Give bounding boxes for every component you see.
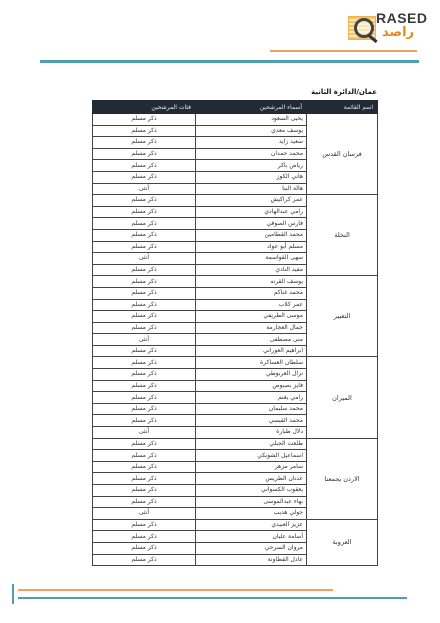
document-title: عمان/الدائرة الثانية [311, 88, 377, 96]
candidate-name-cell: فايز بصبوص [196, 380, 307, 392]
candidate-category-cell: ذكر مسلم [93, 148, 196, 160]
candidate-name-cell: يوسف معدي [196, 125, 307, 137]
candidate-category-cell: ذكر مسلم [93, 125, 196, 137]
candidate-name-cell: محمد القطامين [196, 229, 307, 241]
candidate-category-cell: ذكر مسلم [93, 345, 196, 357]
candidate-name-cell: عدنان الطريس [196, 473, 307, 485]
footer-orange-rule [18, 589, 333, 591]
table-row: العروبةعزيز العبيديذكر مسلم [93, 519, 378, 531]
candidate-category-cell: أنثى [93, 183, 196, 195]
candidate-category-cell: ذكر مسلم [93, 137, 196, 149]
candidate-name-cell: مفيد النادي [196, 264, 307, 276]
candidate-name-cell: محمد سليمان [196, 403, 307, 415]
candidate-name-cell: هالة البنا [196, 183, 307, 195]
table-row: التغييريوسف القرنهذكر مسلم [93, 276, 378, 288]
table-header-row: اسم القائمة أسماء المرشحين فئات المرشحين [93, 101, 378, 114]
candidate-category-cell: ذكر مسلم [93, 392, 196, 404]
candidate-name-cell: أسامة عليان [196, 531, 307, 543]
candidate-name-cell: بهاء عبدالموسى [196, 496, 307, 508]
candidate-category-cell: ذكر مسلم [93, 171, 196, 183]
candidate-category-cell: ذكر مسلم [93, 380, 196, 392]
candidate-name-cell: سعيد زايد [196, 137, 307, 149]
candidate-name-cell: محمد غناكم [196, 287, 307, 299]
table-row: فرسان القدسيحيى السعودذكر مسلم [93, 114, 378, 126]
candidate-category-cell: ذكر مسلم [93, 322, 196, 334]
table-row: النخلةعمر كراكيشذكر مسلم [93, 195, 378, 207]
rased-logo: RASED راصد [348, 10, 428, 44]
candidate-name-cell: عمر كلاب [196, 299, 307, 311]
candidate-name-cell: جمال العجارمة [196, 322, 307, 334]
candidate-category-cell: ذكر مسلم [93, 438, 196, 450]
header-names: أسماء المرشحين [196, 101, 307, 114]
candidate-name-cell: منى مصطفى [196, 334, 307, 346]
candidate-category-cell: ذكر مسلم [93, 195, 196, 207]
table-row: الميزانسلطان العساكرةذكر مسلم [93, 357, 378, 369]
header-categories: فئات المرشحين [93, 101, 196, 114]
list-name-cell: النخلة [307, 195, 378, 276]
candidate-category-cell: أنثى [93, 253, 196, 265]
candidate-name-cell: فارس الصوفي [196, 218, 307, 230]
candidate-name-cell: موسى الطريفي [196, 311, 307, 323]
candidate-name-cell: يوسف القرنه [196, 276, 307, 288]
candidate-name-cell: عزيز العبيدي [196, 519, 307, 531]
candidate-category-cell: ذكر مسلم [93, 276, 196, 288]
header-list: اسم القائمة [307, 101, 378, 114]
candidate-category-cell: ذكر مسلم [93, 519, 196, 531]
candidate-name-cell: ابراهيم العوراني [196, 345, 307, 357]
list-name-cell: الاردن يجمعنا [307, 438, 378, 519]
candidate-name-cell: مسلم أبو عواد [196, 241, 307, 253]
list-name-cell: التغيير [307, 276, 378, 357]
candidate-category-cell: ذكر مسلم [93, 218, 196, 230]
candidate-name-cell: سهى القواسمة [196, 253, 307, 265]
table-body: فرسان القدسيحيى السعودذكر مسلميوسف معديذ… [93, 114, 378, 566]
header-blue-rule [40, 60, 419, 63]
candidate-name-cell: نزال العربوطي [196, 369, 307, 381]
footer-vertical-rule [12, 584, 14, 604]
list-name-cell: العروبة [307, 519, 378, 565]
table-row: الاردن يجمعناطلعت الجبليذكر مسلم [93, 438, 378, 450]
candidates-table: اسم القائمة أسماء المرشحين فئات المرشحين… [92, 100, 378, 566]
candidate-category-cell: ذكر مسلم [93, 485, 196, 497]
candidate-category-cell: ذكر مسلم [93, 311, 196, 323]
candidate-category-cell: ذكر مسلم [93, 114, 196, 126]
candidate-category-cell: ذكر مسلم [93, 450, 196, 462]
candidate-name-cell: عادل القطاونة [196, 554, 307, 566]
candidate-name-cell: اسماعيل الشوبكي [196, 450, 307, 462]
candidate-category-cell: ذكر مسلم [93, 299, 196, 311]
candidate-name-cell: يعقوب الكسواني [196, 485, 307, 497]
candidate-name-cell: عمر كراكيش [196, 195, 307, 207]
candidate-name-cell: رامي عبدالهادي [196, 206, 307, 218]
logo-text-ar: راصد [382, 25, 414, 40]
candidate-category-cell: ذكر مسلم [93, 415, 196, 427]
candidate-name-cell: سلطان العساكرة [196, 357, 307, 369]
candidate-category-cell: أنثى [93, 508, 196, 520]
candidate-category-cell: ذكر مسلم [93, 229, 196, 241]
candidate-category-cell: ذكر مسلم [93, 461, 196, 473]
candidate-category-cell: ذكر مسلم [93, 554, 196, 566]
candidate-category-cell: ذكر مسلم [93, 287, 196, 299]
logo-text-en: RASED [376, 10, 428, 26]
candidate-name-cell: دلال طبارة [196, 427, 307, 439]
header-orange-rule [270, 50, 417, 52]
candidate-name-cell: رياض باكر [196, 160, 307, 172]
candidate-name-cell: محمد حمدان [196, 148, 307, 160]
candidate-name-cell: هاني الكوز [196, 171, 307, 183]
candidate-category-cell: ذكر مسلم [93, 160, 196, 172]
list-name-cell: فرسان القدس [307, 114, 378, 195]
footer-blue-rule [18, 597, 407, 599]
list-name-cell: الميزان [307, 357, 378, 438]
candidate-category-cell: ذكر مسلم [93, 542, 196, 554]
candidate-category-cell: ذكر مسلم [93, 496, 196, 508]
candidate-category-cell: ذكر مسلم [93, 357, 196, 369]
candidate-category-cell: ذكر مسلم [93, 241, 196, 253]
candidate-category-cell: ذكر مسلم [93, 264, 196, 276]
candidate-name-cell: مروان السرحي [196, 542, 307, 554]
candidate-category-cell: ذكر مسلم [93, 473, 196, 485]
candidate-name-cell: جولي هديب [196, 508, 307, 520]
candidate-category-cell: أنثى [93, 427, 196, 439]
candidate-name-cell: طلعت الجبلي [196, 438, 307, 450]
candidate-category-cell: ذكر مسلم [93, 206, 196, 218]
candidate-name-cell: رامي يغنم [196, 392, 307, 404]
candidate-category-cell: ذكر مسلم [93, 531, 196, 543]
candidate-name-cell: يحيى السعود [196, 114, 307, 126]
candidate-name-cell: محمد القيسي [196, 415, 307, 427]
candidate-category-cell: ذكر مسلم [93, 403, 196, 415]
candidate-name-cell: سامر مزهر [196, 461, 307, 473]
candidate-category-cell: أنثى [93, 334, 196, 346]
candidate-category-cell: ذكر مسلم [93, 369, 196, 381]
